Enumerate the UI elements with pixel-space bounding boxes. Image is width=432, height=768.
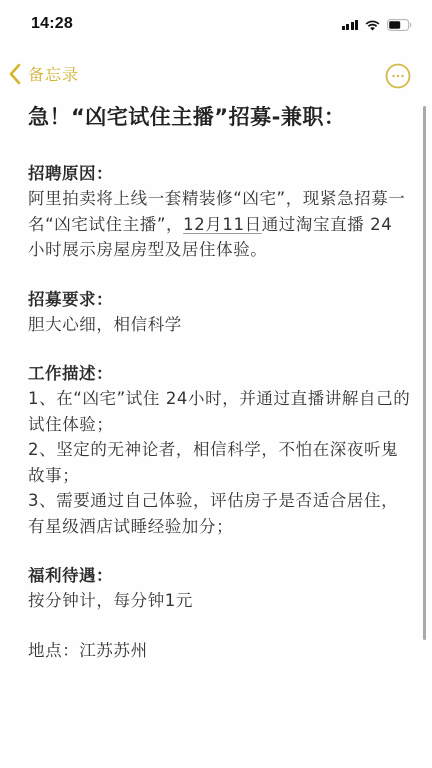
more-options-button[interactable] [384, 62, 412, 90]
section-line: 胆大心细，相信科学 [28, 312, 413, 338]
back-label: 备忘录 [28, 62, 79, 85]
back-button[interactable]: 备忘录 [8, 62, 79, 85]
status-bar: 14:28 [0, 0, 432, 44]
section-line: 2、坚定的无神论者，相信科学，不怕在深夜听鬼故事； [28, 437, 413, 488]
notes-app-screen: 14:28 [0, 0, 432, 768]
date-link[interactable]: 12月11日 [183, 215, 262, 234]
section-location: 地点：江苏苏州 [28, 638, 413, 663]
ellipsis-circle-icon [384, 62, 412, 90]
section-recruitment-reason: 招聘原因： 阿里拍卖将上线一套精装修“凶宅”，现紧急招募一名“凶宅试住主播”，1… [28, 161, 413, 263]
section-heading: 工作描述： [28, 361, 413, 386]
section-job-description: 工作描述： 1、在“凶宅”试住 24小时，并通过直播讲解自己的试住体验； 2、坚… [28, 361, 413, 539]
wifi-icon [365, 20, 380, 31]
note-title: 急！“凶宅试住主播”招募-兼职： [28, 100, 413, 134]
section-heading: 招募要求： [28, 287, 413, 312]
section-benefits: 福利待遇： 按分钟计，每分钟1元 [28, 563, 413, 614]
status-time: 14:28 [31, 15, 73, 33]
note-body[interactable]: 急！“凶宅试住主播”招募-兼职： 招聘原因： 阿里拍卖将上线一套精装修“凶宅”，… [28, 100, 413, 663]
status-icons [342, 19, 413, 31]
location-text: 地点：江苏苏州 [28, 638, 413, 663]
cellular-signal-icon [342, 20, 359, 30]
section-paragraph: 阿里拍卖将上线一套精装修“凶宅”，现紧急招募一名“凶宅试住主播”，12月11日通… [28, 186, 413, 263]
battery-icon [387, 19, 412, 31]
section-heading: 福利待遇： [28, 563, 413, 588]
section-line: 1、在“凶宅”试住 24小时，并通过直播讲解自己的试住体验； [28, 386, 413, 437]
navigation-bar: 备忘录 [0, 58, 432, 94]
section-heading: 招聘原因： [28, 161, 413, 186]
section-line: 按分钟计，每分钟1元 [28, 588, 413, 614]
section-line: 3、需要通过自己体验，评估房子是否适合居住，有星级酒店试睡经验加分； [28, 488, 413, 539]
section-requirements: 招募要求： 胆大心细，相信科学 [28, 287, 413, 338]
scroll-indicator[interactable] [423, 106, 426, 640]
chevron-left-icon [8, 63, 22, 85]
